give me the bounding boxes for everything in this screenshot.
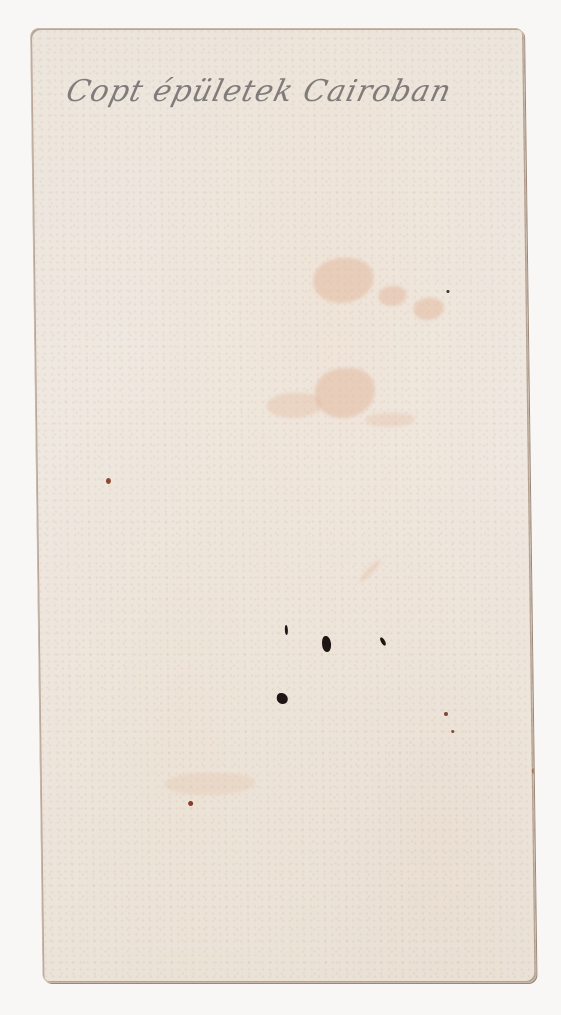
brown-speck — [451, 730, 454, 733]
brown-speck — [188, 801, 193, 806]
brown-speck — [444, 712, 448, 716]
paper-texture — [30, 28, 537, 983]
ink-spot-lower — [277, 693, 288, 704]
brown-speck — [532, 768, 537, 774]
brown-speck — [106, 478, 111, 484]
photo-scene: Copt épületek Cairoban — [0, 0, 561, 1015]
ink-spot-center — [322, 636, 331, 652]
dark-speck — [446, 290, 449, 293]
antique-photo-card-back: Copt épületek Cairoban — [30, 28, 537, 983]
ink-spot-small-left — [285, 625, 288, 635]
handwritten-inscription: Copt épületek Cairoban — [63, 74, 455, 109]
